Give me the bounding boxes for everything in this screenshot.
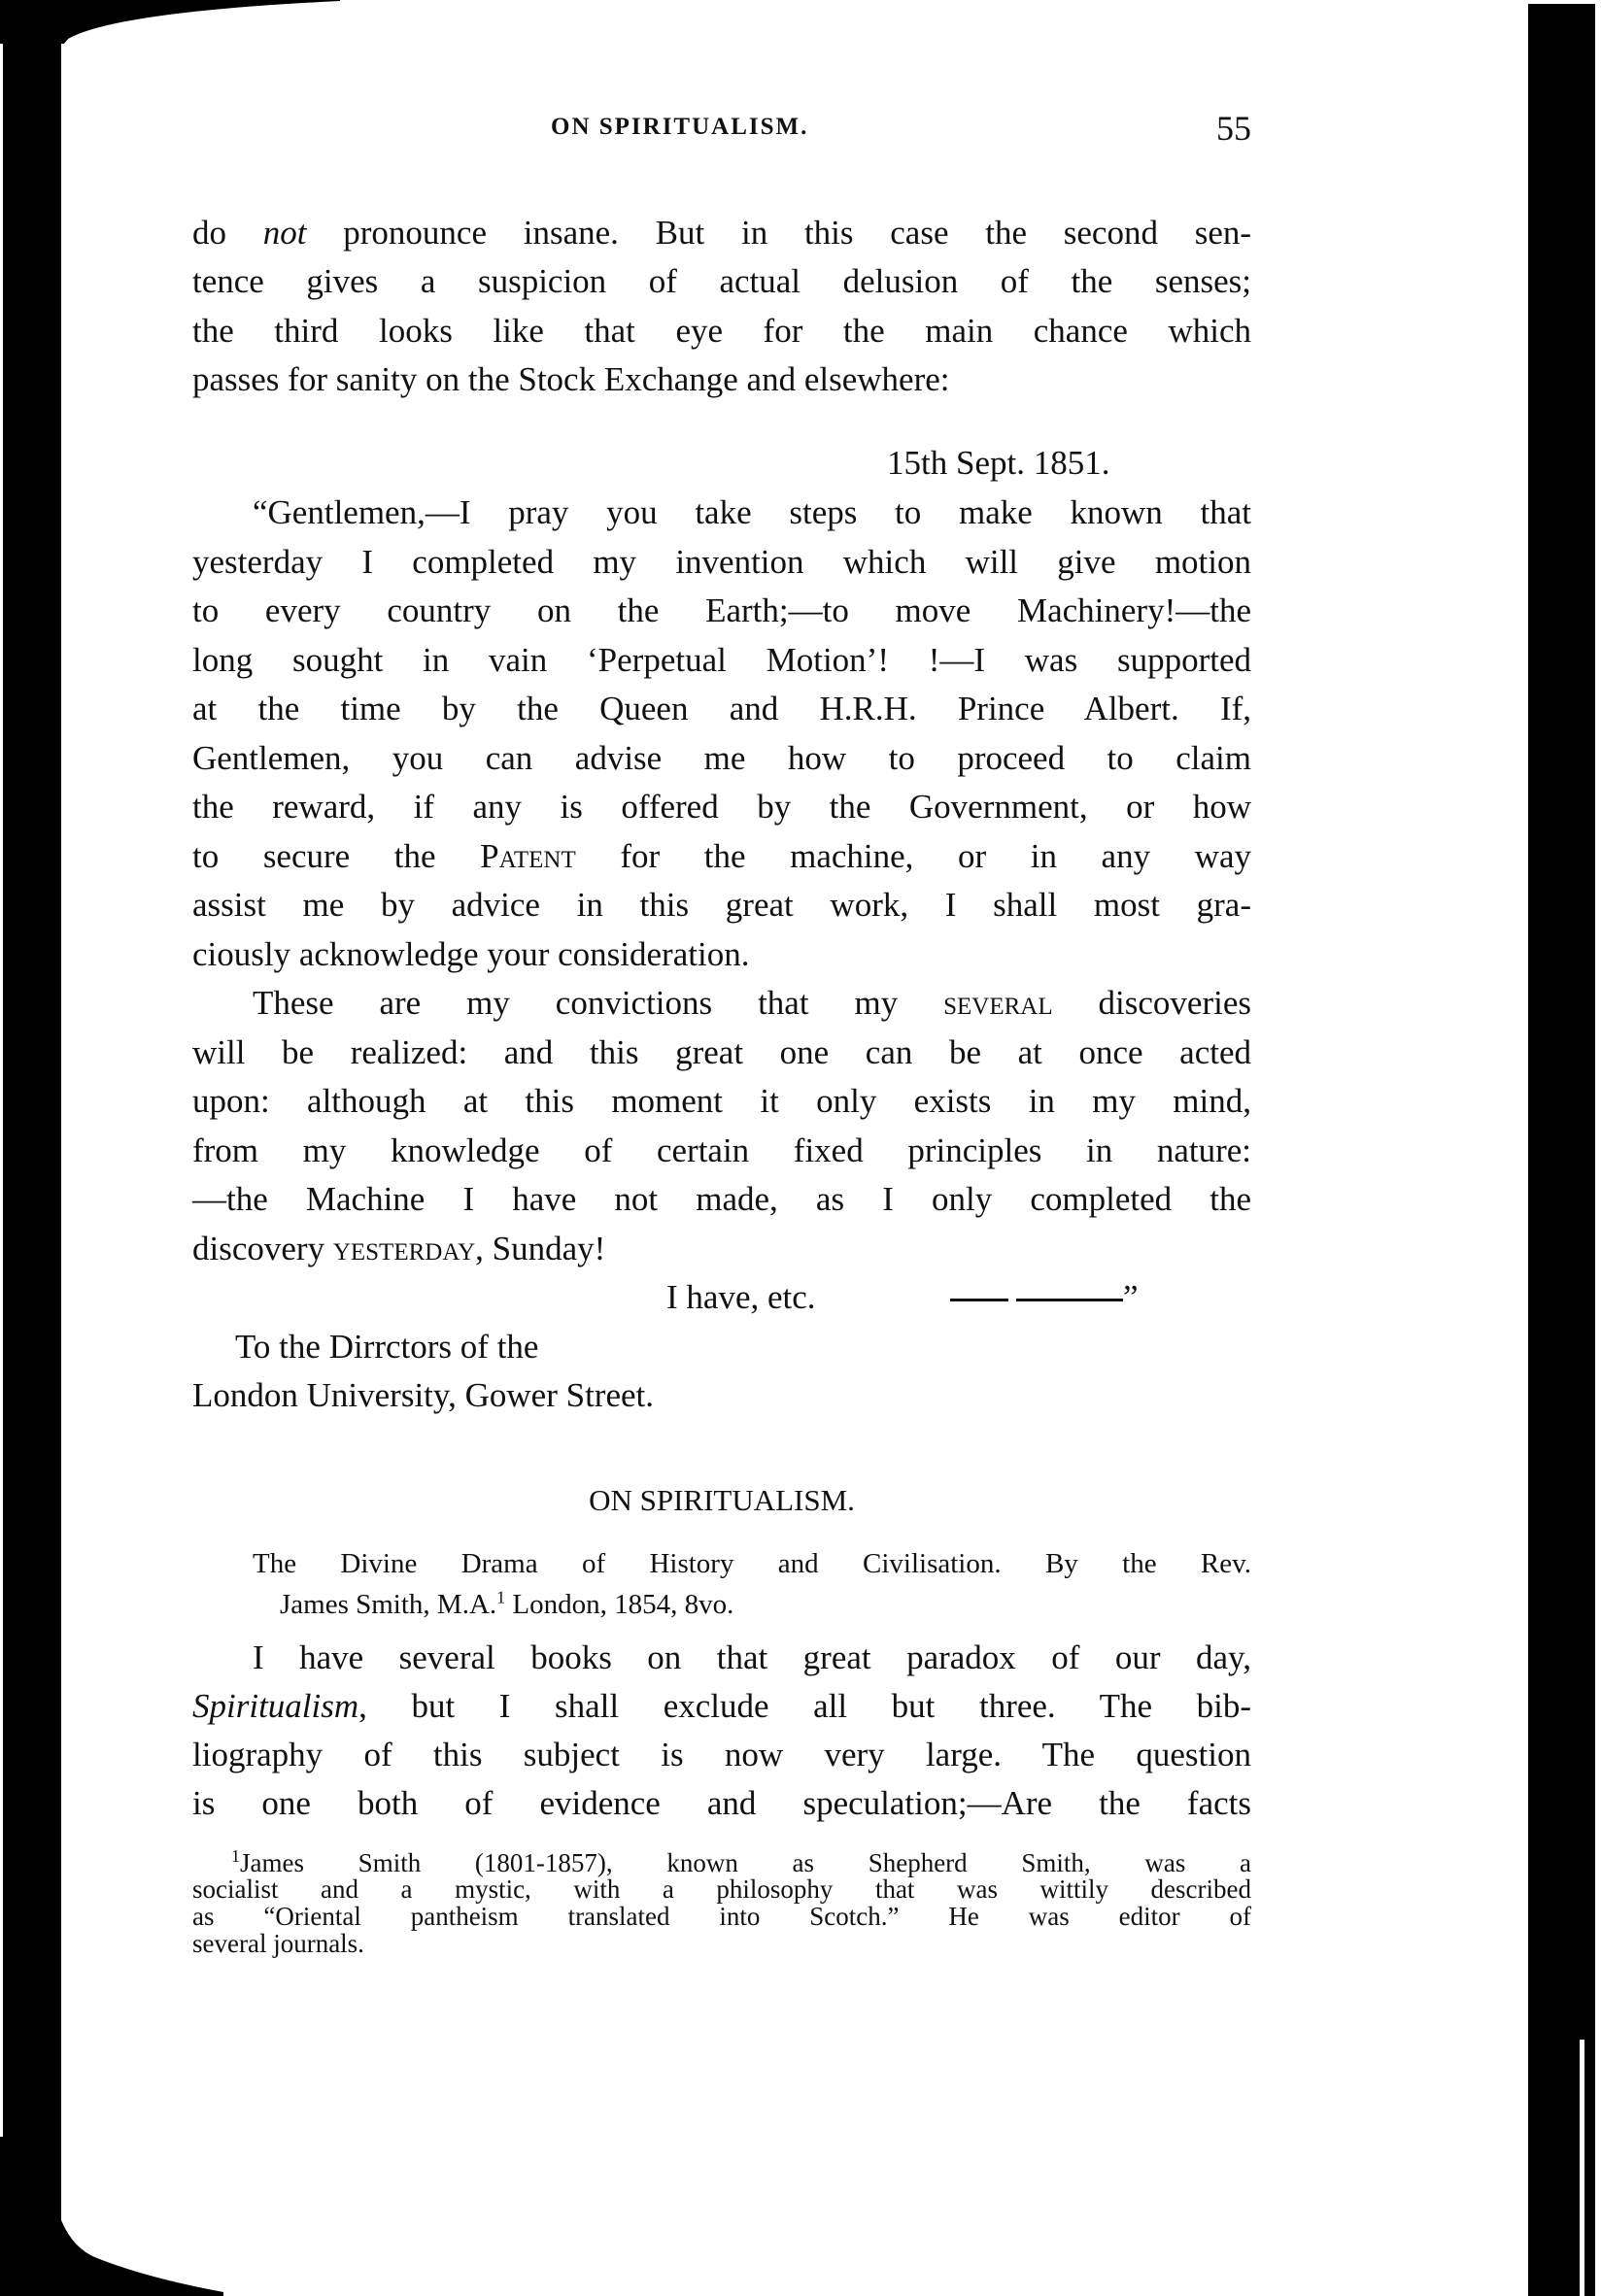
scan-right-border-gap (1580, 2040, 1584, 2296)
text-line: to secure the Patent for the machine, or… (192, 832, 1251, 882)
italic-emphasis: not (263, 214, 307, 252)
small-caps-word: several (943, 984, 1053, 1022)
text-line: to every country on the Earth;—to move M… (192, 587, 1251, 636)
text-line: “Gentlemen,—I pray you take steps to mak… (253, 489, 1251, 538)
page-number: 55 (1216, 108, 1251, 149)
text-line: liography of this subject is now very la… (192, 1731, 1251, 1780)
signature-dash (1016, 1299, 1123, 1301)
text-line: long sought in vain ‘Perpetual Motion’! … (192, 636, 1251, 686)
small-caps-word: yesterday (333, 1230, 475, 1267)
text-line: ciously acknowledge your consideration. (192, 930, 1251, 980)
text-line: Spiritualism, but I shall exclude all bu… (192, 1682, 1251, 1732)
signature-dash (950, 1299, 1008, 1301)
scan-top-left-shadow (0, 0, 350, 44)
text-line: upon: although at this moment it only ex… (192, 1077, 1251, 1127)
footnote-line: as “Oriental pantheism translated into S… (192, 1904, 1251, 1930)
running-head: ON SPIRITUALISM. 55 (192, 114, 1251, 152)
text-line: passes for sanity on the Stock Exchange … (192, 355, 1251, 405)
citation-line: The Divine Drama of History and Civilisa… (253, 1544, 1251, 1583)
text-line: is one both of evidence and speculation;… (192, 1779, 1251, 1829)
text-line: yesterday I completed my invention which… (192, 538, 1251, 588)
text-line: assist me by advice in this great work, … (192, 881, 1251, 930)
letter-closing: I have, etc. (666, 1273, 816, 1323)
text-line: tence gives a suspicion of actual delusi… (192, 257, 1251, 307)
text-line: I have several books on that great parad… (253, 1634, 1251, 1683)
text-line: from my knowledge of certain fixed princ… (192, 1127, 1251, 1176)
text-line: do not pronounce insane. But in this cas… (192, 209, 1251, 258)
running-head-title: ON SPIRITUALISM. (551, 114, 808, 141)
small-caps-word: Patent (480, 837, 576, 875)
section-heading: ON SPIRITUALISM. (192, 1476, 1251, 1526)
footnote-marker: 1 (231, 1846, 240, 1866)
text-line: at the time by the Queen and H.R.H. Prin… (192, 685, 1251, 734)
footnote-line: several journals. (192, 1931, 1251, 1957)
letter-address: To the Dirrctors of the (235, 1323, 538, 1372)
footnote-marker: 1 (496, 1587, 505, 1606)
scan-left-border (3, 0, 61, 2296)
letter-address: London University, Gower Street. (192, 1371, 1251, 1421)
italic-emphasis: Spiritualism (192, 1687, 358, 1725)
footnote-line: 1James Smith (1801-1857), known as Sheph… (231, 1850, 1251, 1876)
text-line: the reward, if any is offered by the Gov… (192, 783, 1251, 832)
citation-line: James Smith, M.A.1 London, 1854, 8vo. (280, 1585, 733, 1624)
text-line: discovery yesterday, Sunday! (192, 1225, 1251, 1274)
text-line: Gentlemen, you can advise me how to proc… (192, 734, 1251, 784)
scan-right-border (1528, 4, 1595, 2296)
text-line: will be realized: and this great one can… (192, 1029, 1251, 1078)
signature-blank: ” (950, 1273, 1139, 1323)
letter-date: 15th Sept. 1851. (887, 439, 1109, 489)
scan-bottom-left-shadow (0, 2137, 233, 2296)
text-line: the third looks like that eye for the ma… (192, 307, 1251, 356)
text-line: —the Machine I have not made, as I only … (192, 1175, 1251, 1225)
text-line: These are my convictions that my several… (253, 979, 1251, 1029)
footnote-line: socialist and a mystic, with a philosoph… (192, 1876, 1251, 1903)
